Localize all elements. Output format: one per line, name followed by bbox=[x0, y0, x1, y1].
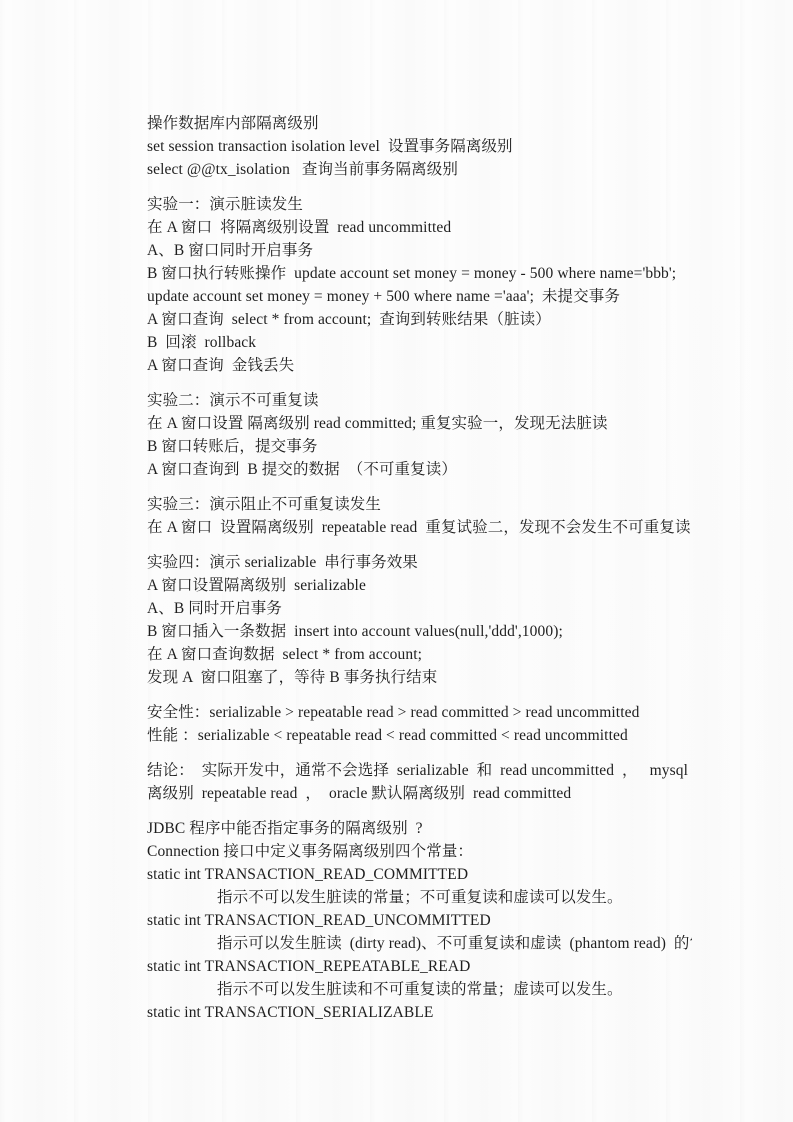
document-page: 操作数据库内部隔离级别 set session transaction isol… bbox=[0, 0, 793, 1122]
text-line: select @@tx_isolation 查询当前事务隔离级别 bbox=[147, 158, 692, 181]
text-line: B 回滚 rollback bbox=[147, 331, 692, 354]
paragraph-jdbc: JDBC 程序中能否指定事务的隔离级别 ? Connection 接口中定义事务… bbox=[147, 817, 692, 1024]
text-line: static int TRANSACTION_READ_UNCOMMITTED bbox=[147, 909, 692, 932]
text-line: static int TRANSACTION_SERIALIZABLE bbox=[147, 1001, 692, 1024]
text-line: 在 A 窗口查询数据 select * from account; bbox=[147, 643, 692, 666]
text-line: A、B 窗口同时开启事务 bbox=[147, 239, 692, 262]
text-line: A 窗口查询到 B 提交的数据 （不可重复读） bbox=[147, 458, 692, 481]
text-line: B 窗口执行转账操作 update account set money = mo… bbox=[147, 262, 692, 285]
text-line: B 窗口转账后，提交事务 bbox=[147, 435, 692, 458]
text-line: A 窗口查询 金钱丢失 bbox=[147, 354, 692, 377]
paragraph-experiment-3: 实验三：演示阻止不可重复读发生 在 A 窗口 设置隔离级别 repeatable… bbox=[147, 493, 692, 539]
text-line: A 窗口设置隔离级别 serializable bbox=[147, 574, 692, 597]
paragraph-experiment-1: 实验一：演示脏读发生 在 A 窗口 将隔离级别设置 read uncommitt… bbox=[147, 193, 692, 377]
paragraph-conclusion: 结论： 实际开发中，通常不会选择 serializable 和 read unc… bbox=[147, 759, 692, 805]
text-line: static int TRANSACTION_REPEATABLE_READ bbox=[147, 955, 692, 978]
text-line: 在 A 窗口 将隔离级别设置 read uncommitted bbox=[147, 216, 692, 239]
text-line: 指示可以发生脏读 (dirty read)、不可重复读和虚读 (phantom … bbox=[147, 932, 692, 955]
text-line: 实验一：演示脏读发生 bbox=[147, 193, 692, 216]
text-line: JDBC 程序中能否指定事务的隔离级别 ? bbox=[147, 817, 692, 840]
paragraph-experiment-4: 实验四：演示 serializable 串行事务效果 A 窗口设置隔离级别 se… bbox=[147, 551, 692, 689]
text-line: 在 A 窗口设置 隔离级别 read committed; 重复实验一，发现无法… bbox=[147, 412, 692, 435]
paragraph-safety-performance: 安全性：serializable > repeatable read > rea… bbox=[147, 701, 692, 747]
text-line: 发现 A 窗口阻塞了，等待 B 事务执行结束 bbox=[147, 666, 692, 689]
text-line: 在 A 窗口 设置隔离级别 repeatable read 重复试验二，发现不会… bbox=[147, 516, 692, 539]
text-line: update account set money = money + 500 w… bbox=[147, 285, 692, 308]
text-line: 离级别 repeatable read ， oracle 默认隔离级别 read… bbox=[147, 782, 692, 805]
text-line: 指示不可以发生脏读和不可重复读的常量；虚读可以发生。 bbox=[147, 978, 692, 1001]
text-line: A 窗口查询 select * from account; 查询到转账结果（脏读… bbox=[147, 308, 692, 331]
document-content: 操作数据库内部隔离级别 set session transaction isol… bbox=[147, 112, 692, 1036]
text-line: 结论： 实际开发中，通常不会选择 serializable 和 read unc… bbox=[147, 759, 692, 782]
text-line: Connection 接口中定义事务隔离级别四个常量： bbox=[147, 840, 692, 863]
text-line: static int TRANSACTION_READ_COMMITTED bbox=[147, 863, 692, 886]
text-line: 指示不可以发生脏读的常量；不可重复读和虚读可以发生。 bbox=[147, 886, 692, 909]
text-line: B 窗口插入一条数据 insert into account values(nu… bbox=[147, 620, 692, 643]
text-line: 实验二：演示不可重复读 bbox=[147, 389, 692, 412]
text-line: A、B 同时开启事务 bbox=[147, 597, 692, 620]
text-line: 安全性：serializable > repeatable read > rea… bbox=[147, 701, 692, 724]
text-line: set session transaction isolation level … bbox=[147, 135, 692, 158]
text-line: 实验三：演示阻止不可重复读发生 bbox=[147, 493, 692, 516]
text-line: 性能 ：serializable < repeatable read < rea… bbox=[147, 724, 692, 747]
text-line: 操作数据库内部隔离级别 bbox=[147, 112, 692, 135]
text-line: 实验四：演示 serializable 串行事务效果 bbox=[147, 551, 692, 574]
paragraph-intro: 操作数据库内部隔离级别 set session transaction isol… bbox=[147, 112, 692, 181]
paragraph-experiment-2: 实验二：演示不可重复读 在 A 窗口设置 隔离级别 read committed… bbox=[147, 389, 692, 481]
